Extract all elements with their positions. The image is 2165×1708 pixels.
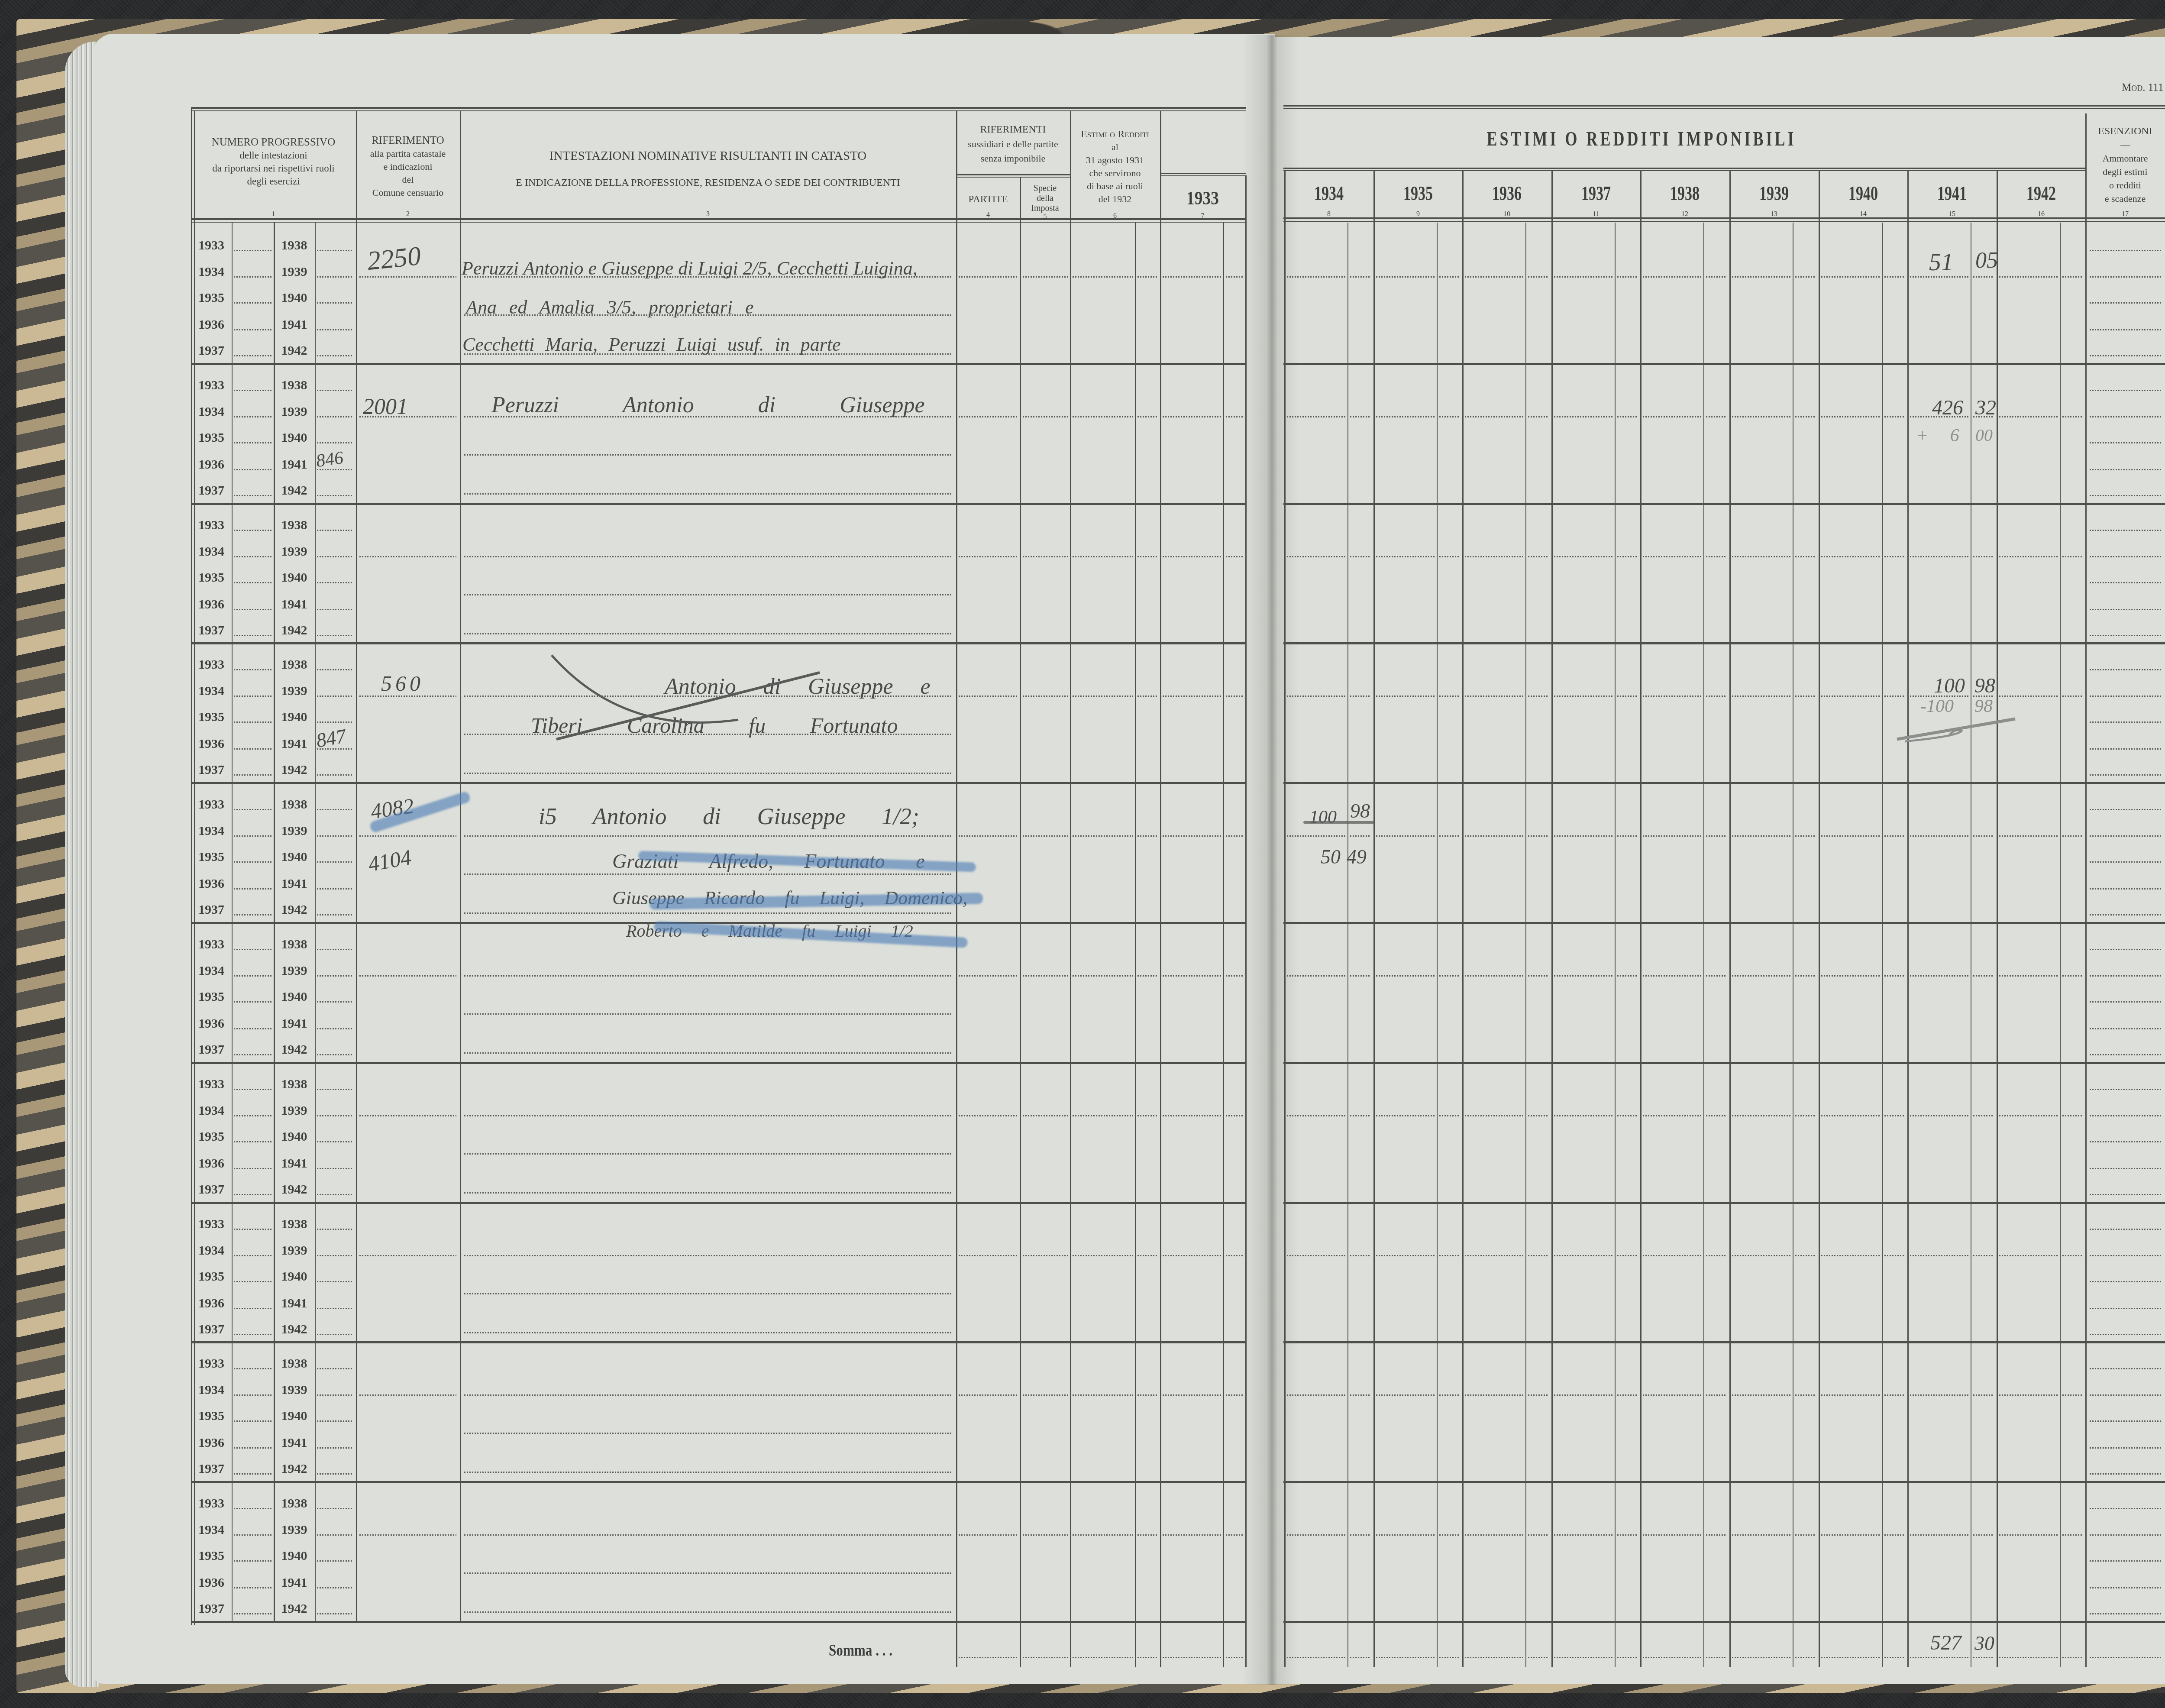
cancel-stroke bbox=[1897, 719, 2015, 739]
cross-strike-stroke bbox=[556, 673, 820, 739]
somma-label: Somma . . . bbox=[829, 1642, 892, 1659]
cross-strike-stroke bbox=[552, 655, 738, 722]
somma-1941-cents: 30 bbox=[1974, 1634, 1994, 1653]
strike-marks bbox=[0, 0, 2165, 1708]
somma-1941-lire: 527 bbox=[1930, 1633, 1961, 1653]
